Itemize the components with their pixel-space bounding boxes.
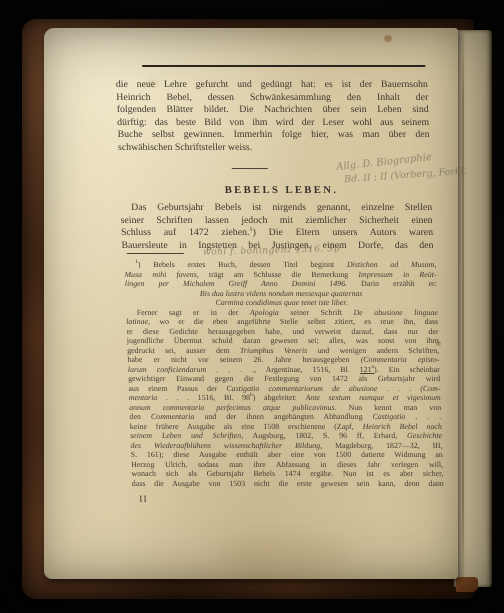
footnote-line: annum commentaria perfecimus atque publi… — [129, 403, 441, 413]
footnote-line: er diese Gedichte herausgegeben habe, un… — [126, 327, 438, 337]
footnote-line: latinae, wo er die eben angeführte Stell… — [126, 317, 438, 327]
footnote-line: aus einem Passus der Castigatio commenta… — [128, 384, 440, 394]
verse-line: Carmina condidimus quae tenet iste liber… — [125, 298, 437, 308]
text-line: seiner Schriften lassen jedoch mit zieml… — [120, 215, 432, 228]
footnote-line: gedruckt sei, ausser dem Triumphus Vener… — [127, 346, 439, 356]
book-photo: die neue Lehre gefurcht und gedüngt hat:… — [0, 0, 504, 613]
footnote-line: den Commentaria und der ihnen angehängte… — [129, 412, 441, 422]
footnote-line: wonach sich als Geburtsjahr Bebels 1474 … — [131, 469, 443, 479]
opening-paragraph: die neue Lehre gefurcht und gedüngt hat:… — [116, 79, 431, 155]
footnote-line: seinem Leben und Schriften, Augsburg, 18… — [130, 431, 442, 441]
footnote-line: jugendliche Übermut schuld daran gewesen… — [127, 336, 439, 346]
text-line: Schluss auf 1472 ziehen.1) Die Eltern un… — [121, 227, 433, 240]
chapter-heading: BEBELS LEBEN. — [125, 185, 437, 196]
footnote-line: keine frühere Ausgabe als eine 1508 ersc… — [130, 422, 442, 432]
text-line: Das Geburtsjahr Bebels ist nirgends gena… — [120, 202, 432, 215]
footnote-line: 1) Bebels erstes Buch, dessen Titel begi… — [124, 260, 436, 270]
text-line: folgenden Blätter bildet. Die Nachrichte… — [117, 104, 429, 117]
verse-line: Bis dua lustra videns nondum messesque q… — [125, 289, 437, 299]
birth-year-paragraph: Das Geburtsjahr Bebels ist nirgends gena… — [120, 202, 434, 252]
footnote-line: dass die Ausgabe von 1503 nicht die erst… — [132, 479, 444, 489]
printed-text-layer: die neue Lehre gefurcht und gedüngt hat:… — [0, 0, 504, 613]
footnote-line: Ferner sagt er in der Apologia seiner Sc… — [126, 308, 438, 318]
text-line: die neue Lehre gefurcht und gedüngt hat:… — [116, 79, 428, 92]
signature-mark: II — [139, 495, 148, 505]
text-line: schwäbischen Schriftsteller weiss. — [118, 142, 430, 155]
footnote-rule — [127, 253, 184, 254]
footnote-paragraph: 1) Bebels erstes Buch, dessen Titel begi… — [124, 260, 444, 488]
footnote-line: larum conficiendarum . . . ., Argentinae… — [128, 365, 440, 375]
text-line: Heinrich Bebel, dessen Schwänkesammlung … — [116, 92, 428, 105]
text-line: Buche selbst gewinnen. Immerhin folge hi… — [117, 129, 429, 142]
footnote-line: Herzog Ulrich, sodass man ihre Abfassung… — [131, 460, 443, 470]
footnote-line: lingen per Michalem Greiff Anno Domini 1… — [125, 279, 437, 289]
footnote-line: gewichtiger Einwand gegen die Festlegung… — [128, 374, 440, 384]
section-separator — [232, 168, 268, 169]
footnote-line: habe er nicht vor seinem 26. Jahre herau… — [127, 355, 439, 365]
head-rule — [142, 65, 425, 67]
footnote-line: mentaria . . . 1516, Bl. 98b) abgeleitet… — [129, 393, 441, 403]
text-line: dürftig: das beste Bild von ihm wird der… — [117, 117, 429, 130]
footnote-line: Musa mihi favens, trägt am Schlusse die … — [124, 270, 436, 280]
footnote-line: des Wiederaufblühens wissenschaftlicher … — [130, 441, 442, 451]
footnote-line: S. 161); diese Ausgabe enthält aber eine… — [131, 450, 443, 460]
